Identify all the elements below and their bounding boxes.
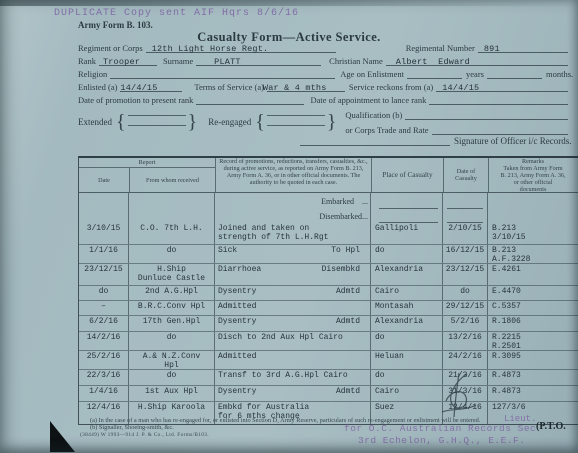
- pto-label: (P.T.O.: [536, 421, 566, 432]
- signature-label: Signature of Officer i/c Records.: [454, 136, 575, 146]
- close-brace: }: [187, 113, 199, 131]
- casualty-table: Report Date From whom received Record of…: [78, 156, 578, 425]
- reckons-value: 14/4/15: [442, 83, 479, 93]
- extended-field: [128, 115, 186, 126]
- disembarked-label: Disembarked...: [215, 209, 371, 223]
- casualty-form-document: DUPLICATE Copy sent AIF Hqrs 8/6/16 Army…: [0, 0, 578, 453]
- lance-label: Date of appointment to lance rank: [310, 95, 429, 105]
- printer-code: (38449) W 1993—914 J. P. & Co., Ltd. For…: [80, 432, 209, 438]
- reengaged-label: Re-engaged: [208, 117, 254, 127]
- table-row: 1/4/16 1st Aux Hpl DysentryAdmtd Cairo 3…: [79, 386, 578, 402]
- table-body: 3/10/15 C.O. 7th L.H. Joined and taken o…: [79, 223, 578, 424]
- table-row: 1/1/16 do SickTo Hpl do 16/12/15 B.213 A…: [79, 245, 578, 264]
- form-number: Army Form B. 103.: [78, 20, 153, 30]
- extended-line: Extended {} Re-engaged {} Qualification …: [78, 108, 568, 135]
- enlisted-field: 14/4/15: [120, 80, 182, 92]
- table-row: 22/3/16 do Transf to 3rd A.G.Hpl Cairo d…: [79, 370, 578, 386]
- christian-name-value: Albert Edward: [396, 57, 470, 67]
- surname-field: PLATT: [196, 54, 321, 66]
- reg-number-label: Regimental Number: [406, 43, 478, 53]
- table-row: do 2nd A.G.Hpl DysentryAdmtd Cairo do E.…: [79, 286, 578, 301]
- table-row: 23/12/15 H.Ship Dunluce Castle Diarrhoea…: [79, 264, 578, 286]
- place-header: Place of Casualty: [372, 158, 444, 192]
- duplicate-stamp: DUPLICATE Copy sent AIF Hqrs 8/6/16: [54, 8, 299, 19]
- regiment-line: Regiment or Corps 12th Light Horse Regt.…: [78, 41, 568, 53]
- extended-label: Extended: [78, 117, 115, 127]
- years-field: [487, 67, 542, 79]
- embarked-label: Embarked ...: [215, 193, 371, 209]
- rank-field: Trooper: [99, 54, 157, 66]
- christian-name-field: Albert Edward: [386, 54, 568, 66]
- reg-number-value: 891: [484, 44, 500, 54]
- date-header: Date: [79, 168, 130, 192]
- promotion-label: Date of promotion to present rank: [78, 95, 196, 105]
- reengaged-field: [267, 115, 325, 126]
- open-brace: {: [254, 113, 266, 131]
- cas-date-header: Date of Casualty: [444, 158, 489, 192]
- terms-field: War & 4 mths: [267, 80, 345, 92]
- table-row: 3/10/15 C.O. 7th L.H. Joined and taken o…: [79, 223, 578, 245]
- close-brace: }: [326, 113, 338, 131]
- regiment-label: Regiment or Corps: [78, 43, 146, 53]
- religion-line: Religion Age on Enlistment years months.: [78, 67, 568, 79]
- signature-line: Signature of Officer i/c Records.: [300, 134, 568, 146]
- rank-value: Trooper: [103, 57, 140, 67]
- table-row: 6/2/16 17th Gen.Hpl DysentryAdmtd Alexan…: [79, 316, 578, 332]
- terms-value: War & 4 mths: [263, 83, 327, 93]
- open-brace: {: [115, 113, 127, 131]
- religion-label: Religion: [78, 69, 110, 79]
- surname-label: Surname: [163, 56, 196, 66]
- reg-number-field: 891: [478, 41, 568, 53]
- table-row: 25/2/16 A.& N.Z.Conv Hpl Admitted Heluan…: [79, 351, 578, 370]
- regiment-value: 12th Light Horse Regt.: [152, 44, 269, 54]
- qualification-label: Qualification (b): [345, 110, 405, 120]
- promotion-field: [196, 93, 304, 105]
- regiment-field: 12th Light Horse Regt.: [146, 41, 336, 53]
- col-report: Report Date From whom received: [79, 158, 216, 192]
- stamp-records-office: for O.C. Australian Records Sec: [344, 423, 536, 434]
- months-label: months.: [546, 69, 576, 79]
- torn-corner-mark: [50, 421, 75, 452]
- terms-label: Terms of Service (a): [194, 82, 267, 92]
- report-header: Report: [79, 158, 215, 168]
- table-row: 14/2/16 do Disch to 2nd Aux Hpl Cairo do…: [79, 332, 578, 351]
- lance-field: [429, 93, 568, 105]
- religion-field: [110, 67, 335, 79]
- rank-line: Rank Trooper Surname PLATT Christian Nam…: [78, 54, 568, 66]
- signature-mark: [437, 371, 479, 419]
- table-header: Report Date From whom received Record of…: [79, 158, 578, 193]
- reckons-field: 14/4/15: [436, 80, 568, 92]
- age-label: Age on Enlistment: [340, 69, 407, 79]
- disembarked-row: Disembarked...: [79, 209, 578, 223]
- footnote-b: (b) Signaller, Shoeing-smith, &c.: [90, 424, 174, 431]
- years-label: years: [466, 69, 487, 79]
- remarks-header: Remarks Taken from Army Form B. 213, Arm…: [489, 158, 577, 192]
- stamp-echelon: 3rd Echelon, G.H.Q., E.E.F.: [358, 435, 525, 446]
- enlisted-value: 14/4/15: [120, 83, 157, 93]
- rank-label: Rank: [78, 56, 99, 66]
- table-row: – B.R.C.Conv Hpl Admitted Montasah 29/12…: [79, 301, 578, 316]
- surname-value: PLATT: [214, 57, 241, 67]
- record-header: Record of promotions, reductions, transf…: [216, 158, 372, 192]
- qualification-field: [405, 108, 568, 120]
- promotion-line: Date of promotion to present rank Date o…: [78, 93, 568, 105]
- reckons-label: Service reckons from (a): [349, 82, 436, 92]
- signature-field: [300, 134, 450, 146]
- from-header: From whom received: [130, 168, 215, 192]
- christian-name-label: Christian Name: [329, 56, 386, 66]
- enlisted-label: Enlisted (a): [78, 82, 120, 92]
- enlisted-line: Enlisted (a) 14/4/15 Terms of Service (a…: [78, 80, 568, 92]
- age-field: [407, 67, 462, 79]
- embarked-row: Embarked ...: [79, 193, 578, 209]
